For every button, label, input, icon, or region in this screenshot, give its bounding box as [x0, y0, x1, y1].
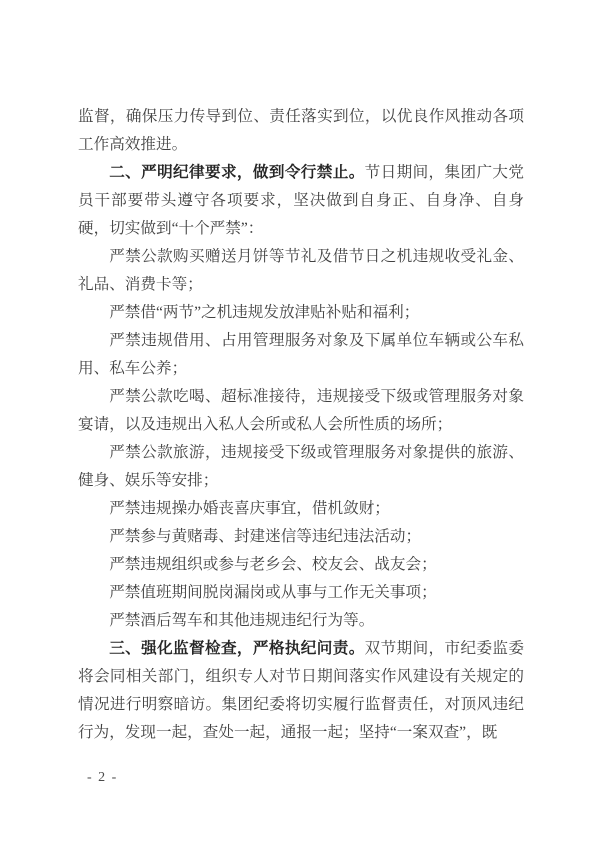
paragraph-text: 严禁值班期间脱岗漏岗或从事与工作无关事项； — [109, 584, 436, 601]
paragraph-prohibition-8: 严禁违规组织或参与老乡会、校友会、战友会； — [78, 551, 524, 579]
paragraph-text: 严禁公款旅游，违规接受下级或管理服务对象提供的旅游、健身、娱乐等安排； — [78, 444, 524, 489]
paragraph-prohibition-9: 严禁值班期间脱岗漏岗或从事与工作无关事项； — [78, 579, 524, 607]
paragraph-section-2-heading: 二、严明纪律要求，做到令行禁止。节日期间，集团广大党员干部要带头遵守各项要求，坚… — [78, 159, 524, 243]
paragraph-prohibition-4: 严禁公款吃喝、超标准接待，违规接受下级或管理服务对象宴请，以及违规出入私人会所或… — [78, 383, 524, 439]
paragraph-text: 严禁违规操办婚丧喜庆事宜，借机敛财； — [109, 500, 390, 517]
paragraph-prohibition-5: 严禁公款旅游，违规接受下级或管理服务对象提供的旅游、健身、娱乐等安排； — [78, 439, 524, 495]
paragraph-prohibition-1: 严禁公款购买赠送月饼等节礼及借节日之机违规收受礼金、礼品、消费卡等； — [78, 243, 524, 299]
paragraph-text: 严禁借“两节”之机违规发放津贴补贴和福利； — [109, 304, 419, 321]
section-heading-bold: 三、强化监督检查，严格执纪问责。 — [109, 640, 364, 657]
document-page: 监督，确保压力传导到位、责任落实到位，以优良作风推动各项工作高效推进。 二、严明… — [0, 0, 595, 842]
paragraph-text: 严禁参与黄赌毒、封建迷信等违纪违法活动； — [109, 528, 421, 545]
paragraph-text: 严禁公款购买赠送月饼等节礼及借节日之机违规收受礼金、礼品、消费卡等； — [78, 248, 524, 293]
paragraph-text: 严禁公款吃喝、超标准接待，违规接受下级或管理服务对象宴请，以及违规出入私人会所或… — [78, 388, 524, 433]
paragraph: 监督，确保压力传导到位、责任落实到位，以优良作风推动各项工作高效推进。 — [78, 103, 524, 159]
paragraph-prohibition-7: 严禁参与黄赌毒、封建迷信等违纪违法活动； — [78, 523, 524, 551]
page-number: - 2 - — [87, 769, 118, 787]
paragraph-prohibition-3: 严禁违规借用、占用管理服务对象及下属单位车辆或公车私用、私车公养； — [78, 327, 524, 383]
paragraph-prohibition-6: 严禁违规操办婚丧喜庆事宜，借机敛财； — [78, 495, 524, 523]
paragraph-prohibition-2: 严禁借“两节”之机违规发放津贴补贴和福利； — [78, 299, 524, 327]
paragraph-text: 监督，确保压力传导到位、责任落实到位，以优良作风推动各项工作高效推进。 — [78, 108, 524, 153]
paragraph-text: 严禁违规借用、占用管理服务对象及下属单位车辆或公车私用、私车公养； — [78, 332, 524, 377]
document-body: 监督，确保压力传导到位、责任落实到位，以优良作风推动各项工作高效推进。 二、严明… — [78, 103, 524, 747]
paragraph-text: 严禁酒后驾车和其他违规违纪行为等。 — [109, 612, 374, 629]
paragraph-section-3-heading: 三、强化监督检查，严格执纪问责。双节期间，市纪委监委将会同相关部门，组织专人对节… — [78, 635, 524, 747]
section-heading-bold: 二、严明纪律要求，做到令行禁止。 — [109, 164, 364, 181]
paragraph-prohibition-10: 严禁酒后驾车和其他违规违纪行为等。 — [78, 607, 524, 635]
paragraph-text: 严禁违规组织或参与老乡会、校友会、战友会； — [109, 556, 436, 573]
